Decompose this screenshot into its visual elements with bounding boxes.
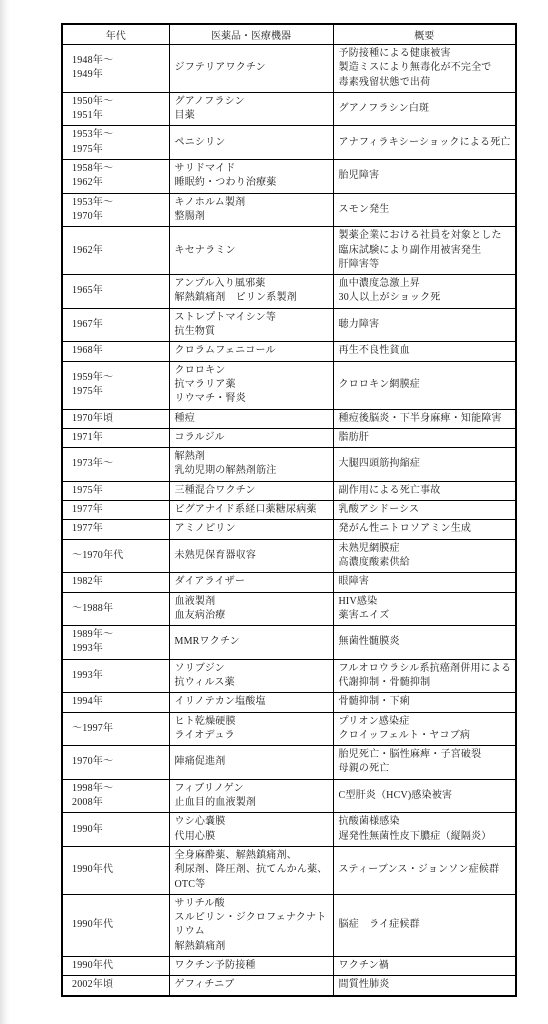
cell-line: アミノピリン [175,522,328,536]
drug-cell: 全身麻酔薬、解熱鎮痛剤、利尿剤、降圧剤、抗てんかん薬、OTC等 [169,846,333,894]
cell-line: 製造ミスにより無毒化が不完全で [339,61,511,75]
cell-line: 抗生物質 [175,325,328,339]
era-cell: 1982年 [62,573,169,592]
cell-line: 30人以上がショック死 [339,291,511,305]
drug-cell: ゲフィチニブ [169,976,333,996]
cell-line: 1968年 [72,344,164,358]
summary-cell: HIV感染薬害エイズ [333,592,516,626]
summary-cell: 無菌性髄膜炎 [333,626,516,660]
drug-cell: グアノフラシン目薬 [169,92,333,126]
cell-line: HIV感染 [339,595,511,609]
drug-cell: 陣痛促進剤 [169,746,333,780]
summary-cell: 再生不良性貧血 [333,342,516,361]
table-row: 1970年～ 陣痛促進剤 胎児死亡・脳性麻痺・子宮破裂母親の死亡 [62,746,516,780]
cell-line: 1953年～ [72,128,164,142]
drug-cell: 血液製剤血友病治療 [169,592,333,626]
cell-line: 脳症 ライ症候群 [339,918,511,932]
cell-line: 整腸剤 [175,210,328,224]
cell-line: ダイアライザー [175,575,328,589]
cell-line: 発がん性ニトロソアミン生成 [339,522,511,536]
cell-line: 血液製剤 [175,595,328,609]
table-row: 1965年 アンプル入り風邪薬解熱鎮痛剤 ピリン系製剤 血中濃度急激上昇30人以… [62,275,516,309]
cell-line: 1958年～ [72,162,164,176]
table-row: 1968年 クロラムフェニコール 再生不良性貧血 [62,342,516,361]
column-header-drug: 医薬品・医療機器 [169,24,333,45]
cell-line: 1965年 [72,284,164,298]
cell-line: 1971年 [72,431,164,445]
cell-line: 乳酸アシドーシス [339,503,511,517]
cell-line: 未熟児保育器収容 [175,549,328,563]
cell-line: 無菌性髄膜炎 [339,635,511,649]
cell-line: C型肝炎（HCV)感染被害 [339,789,511,803]
table-row: 1994年 イリノテカン塩酸塩 骨髄抑制・下痢 [62,693,516,712]
summary-cell: グアノフラシン白斑 [333,92,516,126]
cell-line: ～1997年 [72,722,164,736]
cell-line: ビグアナイド系経口薬糖尿病薬 [175,503,328,517]
cell-line: サリドマイド [175,162,328,176]
drug-cell: ジフテリアワクチン [169,45,333,93]
cell-line: 1977年 [72,503,164,517]
cell-line: 抗酸菌様感染 [339,815,511,829]
cell-line: 聴力障害 [339,318,511,332]
era-cell: 1990年代 [62,894,169,956]
summary-cell: 胎児障害 [333,160,516,194]
summary-cell: 製薬企業における社員を対象とした臨床試験により副作用被害発生肝障害等 [333,227,516,275]
cell-line: 種痘後脳炎・下半身麻痺・知能障害 [339,412,511,426]
drug-cell: クロロキン抗マラリア薬リウマチ・腎炎 [169,361,333,409]
drug-cell: アミノピリン [169,520,333,539]
cell-line: 1998年～ [72,782,164,796]
cell-line: 種痘 [175,412,328,426]
cell-line: 1993年 [72,669,164,683]
cell-line: 1970年～ [72,755,164,769]
cell-line: 眼障害 [339,575,511,589]
era-cell: 1950年～1951年 [62,92,169,126]
summary-cell: 血中濃度急激上昇30人以上がショック死 [333,275,516,309]
cell-line: クロラムフェニコール [175,344,328,358]
era-cell: ～1997年 [62,712,169,746]
drug-cell: 未熟児保育器収容 [169,539,333,573]
cell-line: 肝障害等 [339,258,511,272]
drug-cell: ソリブジン抗ウィルス薬 [169,659,333,693]
cell-line: 乳幼児期の解熱剤筋注 [175,464,328,478]
cell-line: スルピリン・ジクロフェナクナト [175,911,328,925]
cell-line: 1967年 [72,318,164,332]
drug-cell: ビグアナイド系経口薬糖尿病薬 [169,501,333,520]
summary-cell: 予防接種による健康被害製造ミスにより無毒化が不完全で毒素残留状態で出荷 [333,45,516,93]
drug-cell: 種痘 [169,409,333,428]
cell-line: プリオン感染症 [339,715,511,729]
cell-line: 副作用による死亡事故 [339,484,511,498]
drug-cell: クロラムフェニコール [169,342,333,361]
cell-line: クロロキン網膜症 [339,378,511,392]
drug-cell: ペニシリン [169,126,333,160]
cell-line: 1990年代 [72,918,164,932]
cell-line: 1993年 [72,642,164,656]
drug-cell: ダイアライザー [169,573,333,592]
cell-line: 陣痛促進剤 [175,755,328,769]
cell-line: 1953年～ [72,196,164,210]
table-row: 1982年 ダイアライザー 眼障害 [62,573,516,592]
cell-line: OTC等 [175,878,328,892]
era-cell: 1990年 [62,813,169,847]
cell-line: スティーブンス・ジョンソン症候群 [339,863,511,877]
cell-line: クロイッフェルト・ヤコブ病 [339,729,511,743]
cell-line: フィブリノゲン [175,782,328,796]
table-row: 1977年 アミノピリン 発がん性ニトロソアミン生成 [62,520,516,539]
era-cell: 1970年～ [62,746,169,780]
cell-line: 1949年 [72,68,164,82]
cell-line: 2002年頃 [72,978,164,992]
drug-cell: キセナラミン [169,227,333,275]
cell-line: 母親の死亡 [339,762,511,776]
table-body: 1948年～1949年 ジフテリアワクチン 予防接種による健康被害製造ミスにより… [62,45,516,996]
era-cell: 1967年 [62,308,169,342]
table-row: 1953年～1975年 ペニシリン アナフィラキシーショックによる死亡 [62,126,516,160]
drug-incident-table: 年代 医薬品・医療機器 概要 1948年～1949年 ジフテリアワクチン 予防接… [61,23,517,997]
cell-line: 1975年 [72,143,164,157]
cell-line: 代用心膜 [175,830,328,844]
cell-line: ストレプトマイシン等 [175,311,328,325]
cell-line: ～1988年 [72,602,164,616]
cell-line: 睡眠約・つわり治療薬 [175,176,328,190]
summary-cell: スティーブンス・ジョンソン症候群 [333,846,516,894]
cell-line: 血中濃度急激上昇 [339,277,511,291]
era-cell: 1973年～ [62,448,169,482]
cell-line: 解熱剤 [175,450,328,464]
era-cell: ～1970年代 [62,539,169,573]
cell-line: 薬害エイズ [339,609,511,623]
cell-line: キセナラミン [175,244,328,258]
table-row: 1990年 ウシ心嚢膜代用心膜 抗酸菌様感染遅発性無菌性皮下膿症（縦隔炎） [62,813,516,847]
cell-line: フルオロウラシル系抗癌剤併用による [339,662,511,676]
table-row: 1971年 コラルジル 脂肪肝 [62,428,516,447]
cell-line: 予防接種による健康被害 [339,47,511,61]
cell-line: 高濃度酸素供給 [339,556,511,570]
cell-line: 1975年 [72,385,164,399]
cell-line: 2008年 [72,796,164,810]
table-row: 1975年 三種混合ワクチン 副作用による死亡事故 [62,481,516,500]
cell-line: 止血目的血液製剤 [175,796,328,810]
era-cell: 2002年頃 [62,976,169,996]
cell-line: 三種混合ワクチン [175,484,328,498]
summary-cell: 胎児死亡・脳性麻痺・子宮破裂母親の死亡 [333,746,516,780]
cell-line: 再生不良性貧血 [339,344,511,358]
cell-line: 血友病治療 [175,609,328,623]
cell-line: ウシ心嚢膜 [175,815,328,829]
table-row: 2002年頃 ゲフィチニブ 間質性肺炎 [62,976,516,996]
cell-line: 脂肪肝 [339,431,511,445]
cell-line: スモン発生 [339,203,511,217]
table-row: 1977年 ビグアナイド系経口薬糖尿病薬 乳酸アシドーシス [62,501,516,520]
cell-line: 1990年代 [72,863,164,877]
cell-line: 解熱鎮痛剤 [175,940,328,954]
summary-cell: 発がん性ニトロソアミン生成 [333,520,516,539]
summary-cell: 脂肪肝 [333,428,516,447]
cell-line: 全身麻酔薬、解熱鎮痛剤、 [175,849,328,863]
cell-line: キノホルム製剤 [175,196,328,210]
era-cell: 1975年 [62,481,169,500]
summary-cell: 骨髄抑制・下痢 [333,693,516,712]
page-edge-shadow [0,0,10,1024]
cell-line: 1989年～ [72,628,164,642]
drug-cell: サリドマイド睡眠約・つわり治療薬 [169,160,333,194]
era-cell: 1977年 [62,501,169,520]
cell-line: 大腿四頭筋拘縮症 [339,457,511,471]
column-header-era: 年代 [62,24,169,45]
summary-cell: 種痘後脳炎・下半身麻痺・知能障害 [333,409,516,428]
cell-line: 臨床試験により副作用被害発生 [339,244,511,258]
cell-line: 1950年～ [72,95,164,109]
cell-line: 製薬企業における社員を対象とした [339,229,511,243]
era-cell: 1958年～1962年 [62,160,169,194]
era-cell: 1968年 [62,342,169,361]
drug-cell: ヒト乾燥硬膜ライオデュラ [169,712,333,746]
table-row: 1990年代 サリチル酸スルピリン・ジクロフェナクナトリウム解熱鎮痛剤 脳症 ラ… [62,894,516,956]
cell-line: 遅発性無菌性皮下膿症（縦隔炎） [339,830,511,844]
table-row: 1958年～1962年 サリドマイド睡眠約・つわり治療薬 胎児障害 [62,160,516,194]
table-row: 1990年代 ワクチン予防接種 ワクチン禍 [62,957,516,976]
drug-cell: コラルジル [169,428,333,447]
summary-cell: フルオロウラシル系抗癌剤併用による代謝抑制・骨髄抑制 [333,659,516,693]
cell-line: 胎児障害 [339,169,511,183]
era-cell: 1993年 [62,659,169,693]
summary-cell: 眼障害 [333,573,516,592]
cell-line: アンプル入り風邪薬 [175,277,328,291]
cell-line: ワクチン禍 [339,959,511,973]
era-cell: 1962年 [62,227,169,275]
cell-line: MMRワクチン [175,635,328,649]
table-header-row: 年代 医薬品・医療機器 概要 [62,24,516,45]
cell-line: 胎児死亡・脳性麻痺・子宮破裂 [339,748,511,762]
summary-cell: クロロキン網膜症 [333,361,516,409]
cell-line: コラルジル [175,431,328,445]
era-cell: 1959年～1975年 [62,361,169,409]
era-cell: 1977年 [62,520,169,539]
cell-line: 1994年 [72,695,164,709]
cell-line: 1962年 [72,176,164,190]
drug-cell: キノホルム製剤整腸剤 [169,193,333,227]
cell-line: 代謝抑制・骨髄抑制 [339,676,511,690]
era-cell: 1989年～1993年 [62,626,169,660]
summary-cell: C型肝炎（HCV)感染被害 [333,779,516,813]
cell-line: ライオデュラ [175,729,328,743]
summary-cell: 聴力障害 [333,308,516,342]
drug-cell: ウシ心嚢膜代用心膜 [169,813,333,847]
drug-cell: サリチル酸スルピリン・ジクロフェナクナトリウム解熱鎮痛剤 [169,894,333,956]
table-row: 1998年～2008年 フィブリノゲン止血目的血液製剤 C型肝炎（HCV)感染被… [62,779,516,813]
era-cell: 1990年代 [62,846,169,894]
era-cell: 1953年～1975年 [62,126,169,160]
cell-line: 1951年 [72,109,164,123]
table-row: 1948年～1949年 ジフテリアワクチン 予防接種による健康被害製造ミスにより… [62,45,516,93]
cell-line: 毒素残留状態で出荷 [339,76,511,90]
era-cell: 1998年～2008年 [62,779,169,813]
drug-cell: フィブリノゲン止血目的血液製剤 [169,779,333,813]
table-row: 1953年～1970年 キノホルム製剤整腸剤 スモン発生 [62,193,516,227]
summary-cell: 未熟児網膜症高濃度酸素供給 [333,539,516,573]
era-cell: 1970年頃 [62,409,169,428]
drug-cell: アンプル入り風邪薬解熱鎮痛剤 ピリン系製剤 [169,275,333,309]
cell-line: ソリブジン [175,662,328,676]
table-row: 1950年～1951年 グアノフラシン目薬 グアノフラシン白斑 [62,92,516,126]
cell-line: 1975年 [72,484,164,498]
cell-line: 1990年代 [72,959,164,973]
summary-cell: 副作用による死亡事故 [333,481,516,500]
cell-line: 骨髄抑制・下痢 [339,695,511,709]
cell-line: 1973年～ [72,457,164,471]
summary-cell: スモン発生 [333,193,516,227]
cell-line: 目薬 [175,109,328,123]
cell-line: 1977年 [72,522,164,536]
table-row: ～1970年代 未熟児保育器収容 未熟児網膜症高濃度酸素供給 [62,539,516,573]
cell-line: 間質性肺炎 [339,978,511,992]
cell-line: 抗マラリア薬 [175,378,328,392]
era-cell: 1953年～1970年 [62,193,169,227]
cell-line: リウム [175,925,328,939]
era-cell: 1948年～1949年 [62,45,169,93]
table-row: ～1997年 ヒト乾燥硬膜ライオデュラ プリオン感染症クロイッフェルト・ヤコブ病 [62,712,516,746]
cell-line: ワクチン予防接種 [175,959,328,973]
cell-line: クロロキン [175,364,328,378]
cell-line: ゲフィチニブ [175,978,328,992]
era-cell: 1965年 [62,275,169,309]
table-row: 1973年～ 解熱剤乳幼児期の解熱剤筋注 大腿四頭筋拘縮症 [62,448,516,482]
drug-cell: イリノテカン塩酸塩 [169,693,333,712]
summary-cell: 脳症 ライ症候群 [333,894,516,956]
era-cell: 1990年代 [62,957,169,976]
table-row: 1967年 ストレプトマイシン等抗生物質 聴力障害 [62,308,516,342]
cell-line: グアノフラシン [175,95,328,109]
cell-line: ヒト乾燥硬膜 [175,715,328,729]
cell-line: 1982年 [72,575,164,589]
era-cell: ～1988年 [62,592,169,626]
table-row: 1959年～1975年 クロロキン抗マラリア薬リウマチ・腎炎 クロロキン網膜症 [62,361,516,409]
cell-line: ～1970年代 [72,549,164,563]
cell-line: 1970年 [72,210,164,224]
summary-cell: 乳酸アシドーシス [333,501,516,520]
cell-line: アナフィラキシーショックによる死亡 [339,136,511,150]
table-row: 1962年 キセナラミン 製薬企業における社員を対象とした臨床試験により副作用被… [62,227,516,275]
cell-line: 1959年～ [72,371,164,385]
drug-cell: MMRワクチン [169,626,333,660]
column-header-summary: 概要 [333,24,516,45]
summary-cell: プリオン感染症クロイッフェルト・ヤコブ病 [333,712,516,746]
drug-cell: ワクチン予防接種 [169,957,333,976]
summary-cell: 抗酸菌様感染遅発性無菌性皮下膿症（縦隔炎） [333,813,516,847]
cell-line: 1948年～ [72,54,164,68]
table-row: ～1988年 血液製剤血友病治療 HIV感染薬害エイズ [62,592,516,626]
drug-cell: 三種混合ワクチン [169,481,333,500]
cell-line: ペニシリン [175,136,328,150]
table-row: 1970年頃 種痘 種痘後脳炎・下半身麻痺・知能障害 [62,409,516,428]
summary-cell: ワクチン禍 [333,957,516,976]
cell-line: 1990年 [72,823,164,837]
era-cell: 1994年 [62,693,169,712]
cell-line: 解熱鎮痛剤 ピリン系製剤 [175,291,328,305]
summary-cell: アナフィラキシーショックによる死亡 [333,126,516,160]
era-cell: 1971年 [62,428,169,447]
cell-line: イリノテカン塩酸塩 [175,695,328,709]
cell-line: ジフテリアワクチン [175,61,328,75]
summary-cell: 大腿四頭筋拘縮症 [333,448,516,482]
cell-line: 1970年頃 [72,412,164,426]
drug-cell: ストレプトマイシン等抗生物質 [169,308,333,342]
cell-line: リウマチ・腎炎 [175,392,328,406]
summary-cell: 間質性肺炎 [333,976,516,996]
cell-line: 未熟児網膜症 [339,542,511,556]
table-row: 1990年代 全身麻酔薬、解熱鎮痛剤、利尿剤、降圧剤、抗てんかん薬、OTC等 ス… [62,846,516,894]
cell-line: グアノフラシン白斑 [339,102,511,116]
cell-line: 抗ウィルス薬 [175,676,328,690]
table-row: 1993年 ソリブジン抗ウィルス薬 フルオロウラシル系抗癌剤併用による代謝抑制・… [62,659,516,693]
cell-line: サリチル酸 [175,897,328,911]
drug-cell: 解熱剤乳幼児期の解熱剤筋注 [169,448,333,482]
cell-line: 利尿剤、降圧剤、抗てんかん薬、 [175,863,328,877]
table-row: 1989年～1993年 MMRワクチン 無菌性髄膜炎 [62,626,516,660]
cell-line: 1962年 [72,244,164,258]
